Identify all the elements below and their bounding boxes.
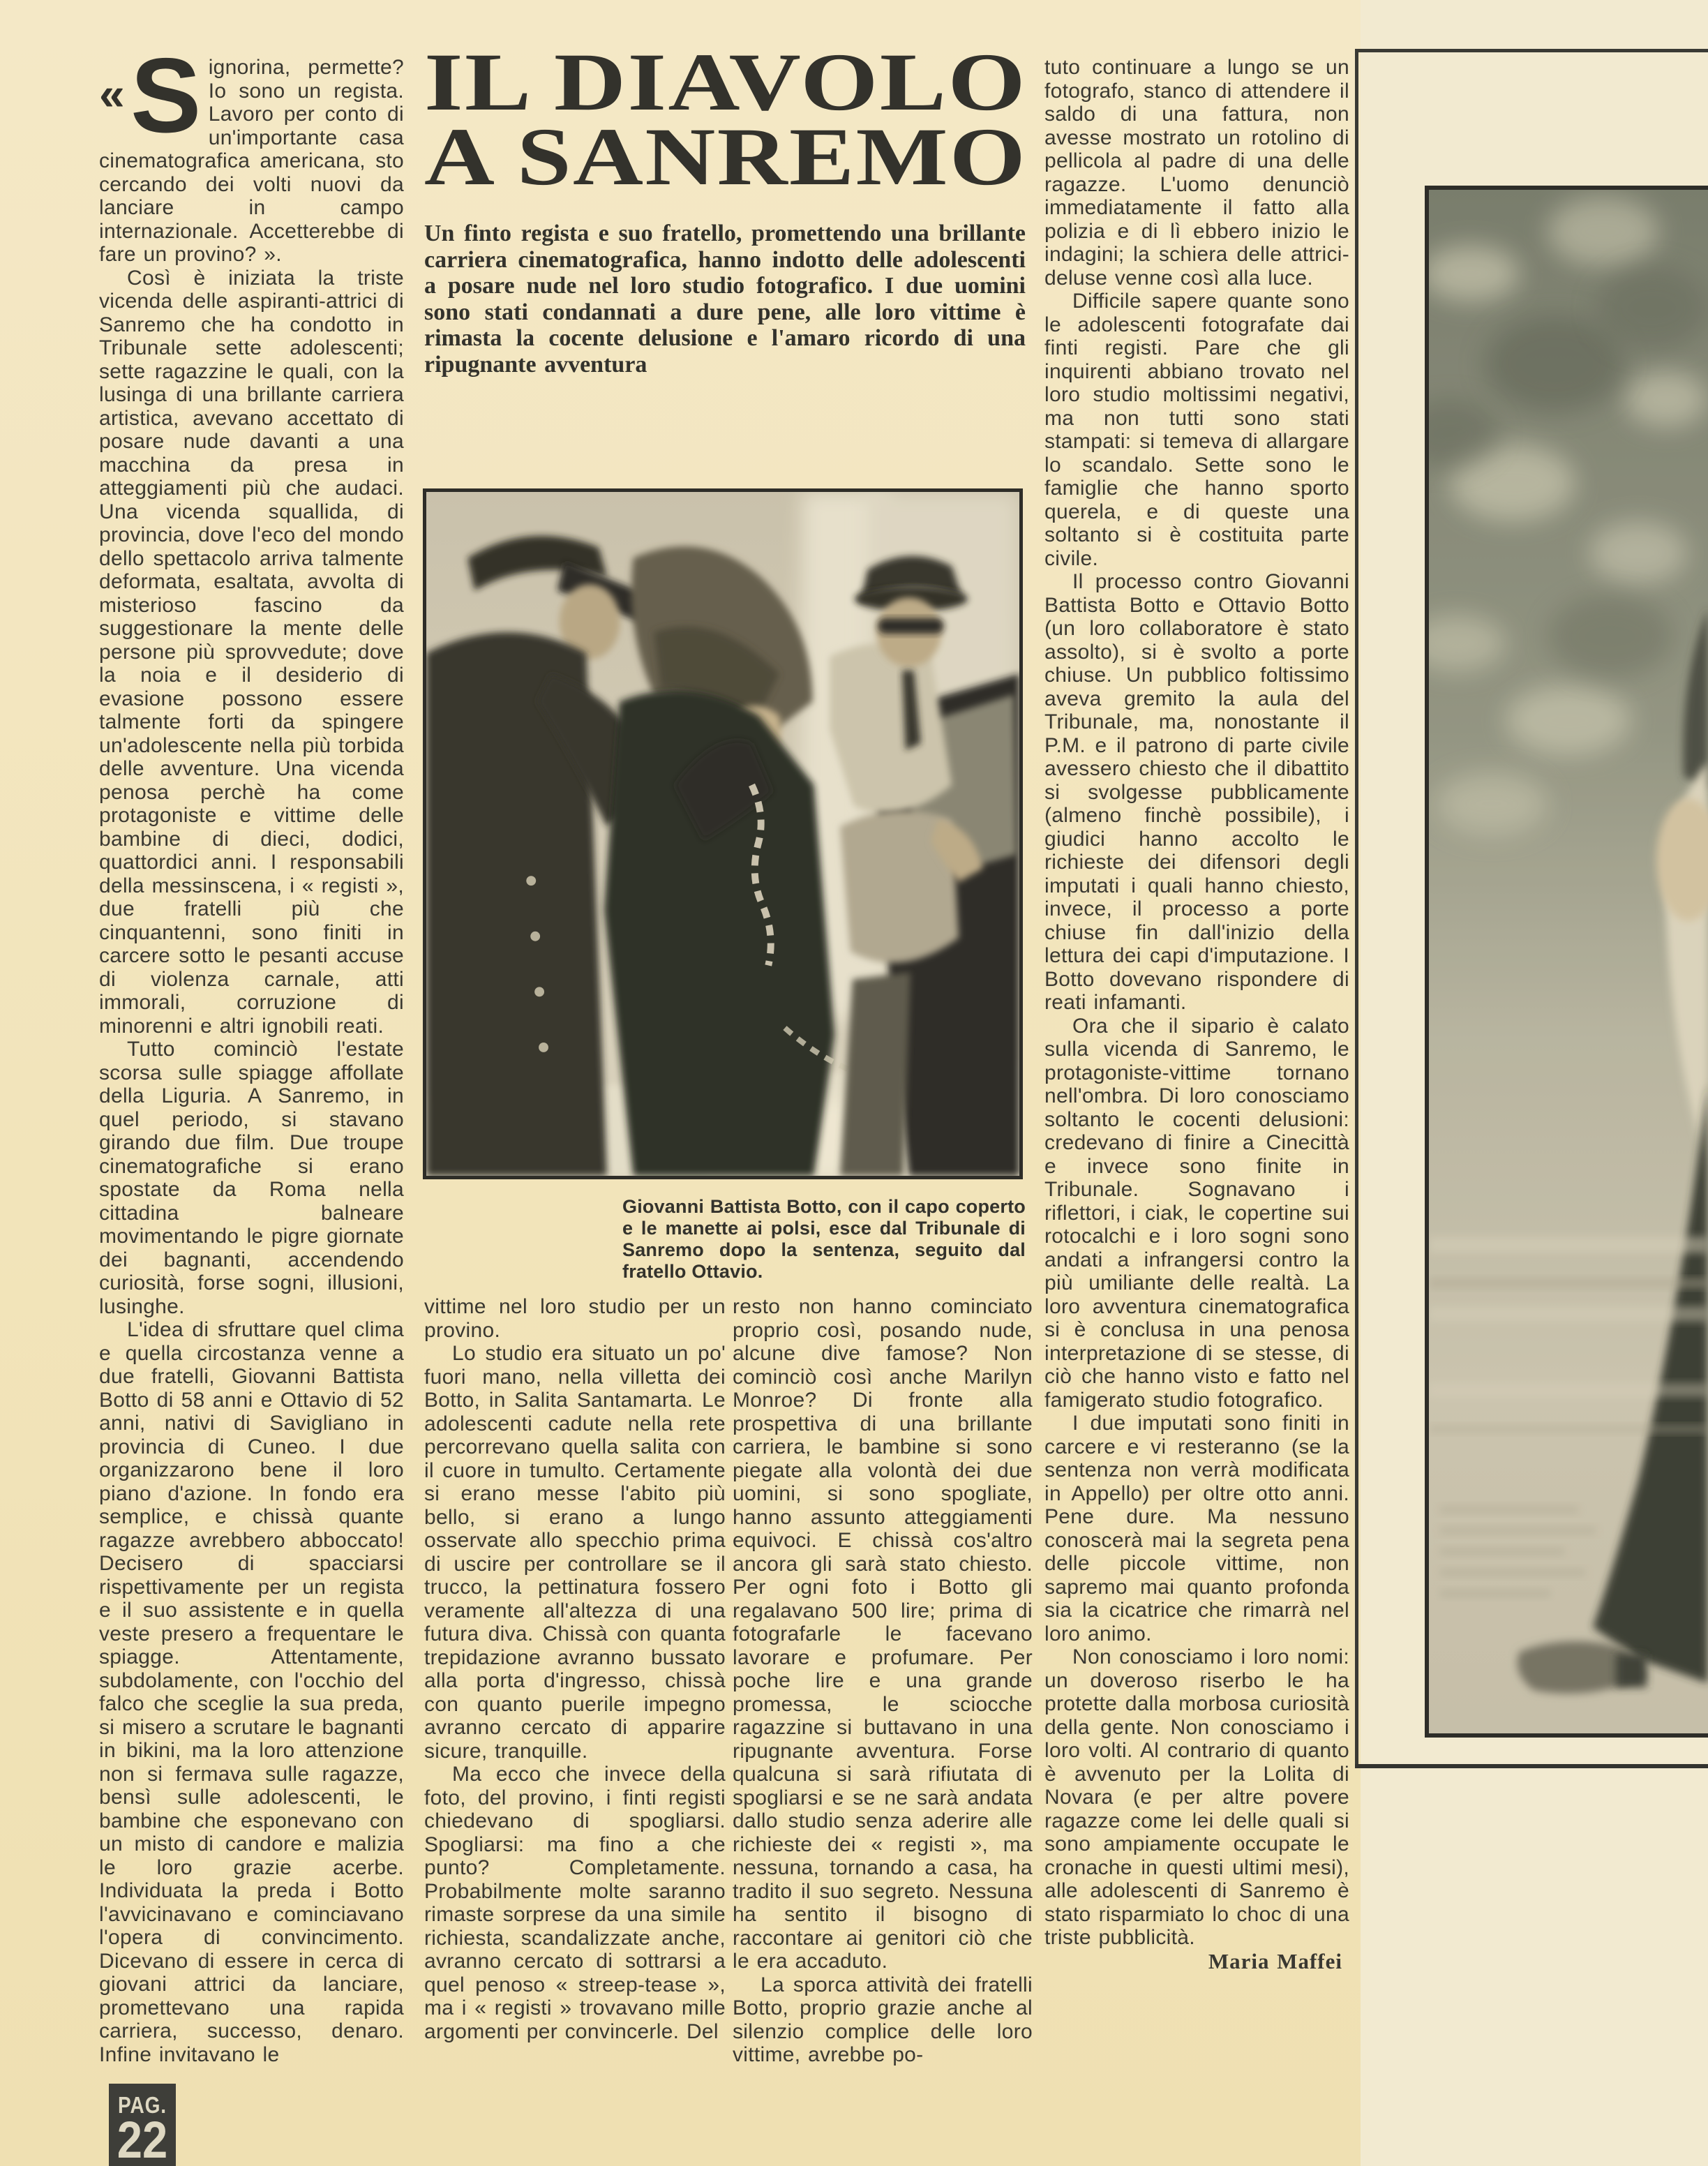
paragraph: resto non hanno cominciato proprio così,… xyxy=(733,1295,1033,1973)
adjacent-photo-illustration xyxy=(1429,190,1708,1735)
page-title-line-1: IL DIAVOLO xyxy=(424,45,1027,119)
column-3: resto non hanno cominciato proprio così,… xyxy=(733,1295,1033,2067)
lead-paragraph: Un finto regista e suo fratello, promett… xyxy=(424,221,1026,378)
court-photo-illustration xyxy=(426,492,1019,1176)
column-4: tuto continuare a lungo se un fotografo,… xyxy=(1044,56,1349,1973)
paragraph: L'idea di sfruttare quel clima e quella … xyxy=(99,1318,404,2066)
open-quote-mark: « xyxy=(99,80,125,107)
paragraph: Difficile sapere quante sono le adolesce… xyxy=(1044,290,1349,570)
page-number: 22 xyxy=(113,2119,172,2162)
article-title: IL DIAVOLO A SANREMO xyxy=(424,45,1027,194)
paragraph: Ora che il sipario è calato sulla vicend… xyxy=(1044,1015,1349,1412)
adjacent-page-photo xyxy=(1425,186,1708,1738)
paragraph: Così è iniziata la triste vicenda delle … xyxy=(99,267,404,1038)
adjacent-page-rule-side xyxy=(1355,49,1358,1768)
paragraph: Ma ecco che invece della foto, del provi… xyxy=(424,1763,726,2043)
column-2: vittime nel loro studio per un provino. … xyxy=(424,1295,726,2043)
paragraph: tuto continuare a lungo se un fotografo,… xyxy=(1044,56,1349,290)
court-photo xyxy=(423,488,1023,1179)
paragraph: Non conosciamo i loro nomi: un doveroso … xyxy=(1044,1645,1349,1950)
paragraph-opening: « S ignorina, permette? Io sono un regis… xyxy=(99,56,404,267)
paragraph: Il processo contro Giovanni Battista Bot… xyxy=(1044,570,1349,1015)
author-byline: Maria Maffei xyxy=(1044,1950,1349,1973)
paragraph: La sporca attività dei fratelli Botto, p… xyxy=(733,1973,1033,2067)
paragraph: vittime nel loro studio per un provino. xyxy=(424,1295,726,1342)
paragraph: I due imputati sono finiti in carcere e … xyxy=(1044,1412,1349,1645)
page-title-line-2: A SANREMO xyxy=(424,119,1027,194)
paragraph: Tutto cominciò l'estate scorsa sulle spi… xyxy=(99,1038,404,1318)
adjacent-page-rule-top xyxy=(1355,49,1708,52)
adjacent-page-rule-bottom xyxy=(1355,1764,1708,1768)
photo-caption: Giovanni Battista Botto, con il capo cop… xyxy=(622,1196,1026,1283)
magazine-page: IL DIAVOLO A SANREMO Un finto regista e … xyxy=(0,0,1708,2166)
paragraph: Lo studio era situato un po' fuori mano,… xyxy=(424,1342,726,1763)
page-number-badge: PAG. 22 xyxy=(109,2084,176,2166)
dropcap-letter: S xyxy=(130,56,209,133)
column-1: « S ignorina, permette? Io sono un regis… xyxy=(99,56,404,2066)
